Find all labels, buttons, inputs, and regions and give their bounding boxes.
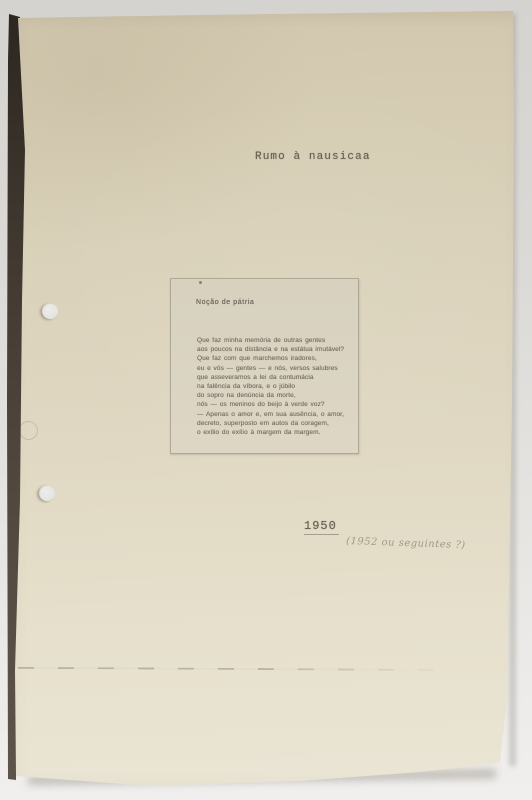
poem-line: — Apenas o amor e, em sua ausência, o am…	[197, 410, 344, 419]
poem-line: nós — os meninos do beijo à verde voz?	[197, 400, 344, 409]
page-title: Rumo à nausicaa	[255, 151, 371, 163]
embossed-ring	[19, 421, 38, 440]
ink-speck	[199, 281, 202, 284]
poem-line: Que faz minha memória de outras gentes	[197, 336, 344, 345]
poem-line: Que faz com que marchemos iradores,	[197, 354, 344, 363]
poem-line: na falência da víbora, e o júbilo	[197, 382, 344, 391]
handwritten-note: (1952 ou seguintes ?)	[346, 536, 466, 551]
poem-title: Noção de pátria	[196, 299, 254, 306]
pasted-clipping: Noção de pátria Que faz minha memória de…	[170, 278, 359, 454]
poem-line: o exílio do exílio à margem da margem.	[197, 428, 344, 437]
punch-hole-bottom	[39, 485, 55, 501]
punch-hole-top	[42, 303, 58, 319]
poem-text: Que faz minha memória de outras gentesao…	[197, 336, 344, 437]
photograph: Rumo à nausicaa Noção de pátria Que faz …	[0, 0, 532, 800]
poem-line: eu e vós — gentes — e nós, versos salubr…	[197, 364, 344, 373]
poem-line: do sopro na denúncia da morte,	[197, 391, 344, 400]
typed-year: 1950	[304, 519, 339, 535]
fold-crease	[18, 667, 470, 671]
poem-line: aos poucos na distância e na estátua imu…	[197, 345, 344, 354]
poem-line: que asseveramos a lei da contumácia	[197, 373, 344, 382]
poem-line: decreto, superposto em autos da coragem,	[197, 419, 344, 428]
document-page: Rumo à nausicaa Noção de pátria Que faz …	[0, 0, 532, 800]
